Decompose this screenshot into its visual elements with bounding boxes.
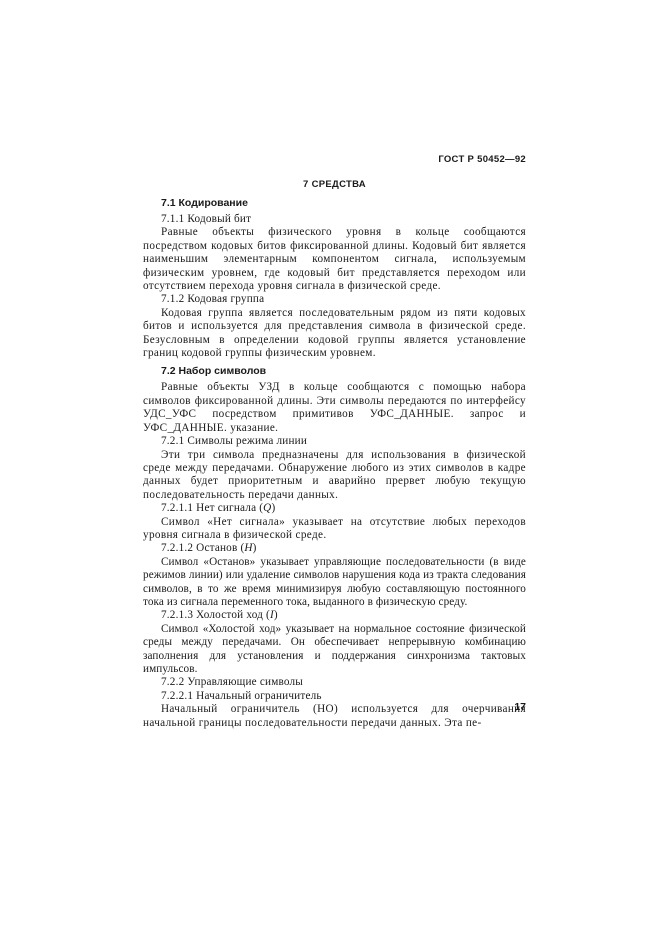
- heading-prefix: 7.2.1.3 Холостой ход (: [161, 609, 270, 621]
- section-7-2-1-2-text: Символ «Останов» указывает управляющие п…: [143, 556, 526, 610]
- section-7-2-1-1-heading: 7.2.1.1 Нет сигнала (Q): [143, 502, 526, 515]
- section-7-1-2-text: Кодовая группа является последовательным…: [143, 307, 526, 361]
- heading-prefix: 7.2.1.2 Останов (: [161, 542, 244, 554]
- section-7-2-2-heading: 7.2.2 Управляющие символы: [143, 676, 526, 689]
- section-7-2-1-3-heading: 7.2.1.3 Холостой ход (I): [143, 609, 526, 622]
- section-7-1-heading: 7.1 Кодирование: [143, 196, 526, 210]
- section-7-1-1-text: Равные объекты физического уровня в коль…: [143, 226, 526, 293]
- section-7-2-text: Равные объекты УЗД в кольце сообщаются с…: [143, 381, 526, 435]
- section-7-2-1-3-text: Символ «Холостой ход» указывает на норма…: [143, 623, 526, 677]
- page-number: 17: [514, 701, 526, 714]
- section-7-2-heading: 7.2 Набор символов: [143, 364, 526, 378]
- heading-suffix: ): [271, 502, 275, 514]
- section-7-2-1-text: Эти три символа предназначены для исполь…: [143, 449, 526, 503]
- section-7-1-1-heading: 7.1.1 Кодовый бит: [143, 213, 526, 226]
- section-7-1-2-heading: 7.1.2 Кодовая группа: [143, 293, 526, 306]
- document-body: 7.1 Кодирование 7.1.1 Кодовый бит Равные…: [143, 196, 526, 730]
- section-7-2-2-1-heading: 7.2.2.1 Начальный ограничитель: [143, 690, 526, 703]
- section-7-2-1-2-heading: 7.2.1.2 Останов (H): [143, 542, 526, 555]
- section-7-2-2-1-text: Начальный ограничитель (НО) используется…: [143, 703, 526, 730]
- heading-prefix: 7.2.1.1 Нет сигнала (: [161, 502, 263, 514]
- symbol-letter: H: [244, 542, 252, 554]
- section-7-2-1-heading: 7.2.1 Символы режима линии: [143, 435, 526, 448]
- standard-header: ГОСТ Р 50452—92: [438, 153, 526, 166]
- heading-suffix: ): [253, 542, 257, 554]
- heading-suffix: ): [274, 609, 278, 621]
- section-7-2-1-1-text: Символ «Нет сигнала» указывает на отсутс…: [143, 516, 526, 543]
- chapter-title: 7 СРЕДСТВА: [143, 178, 526, 191]
